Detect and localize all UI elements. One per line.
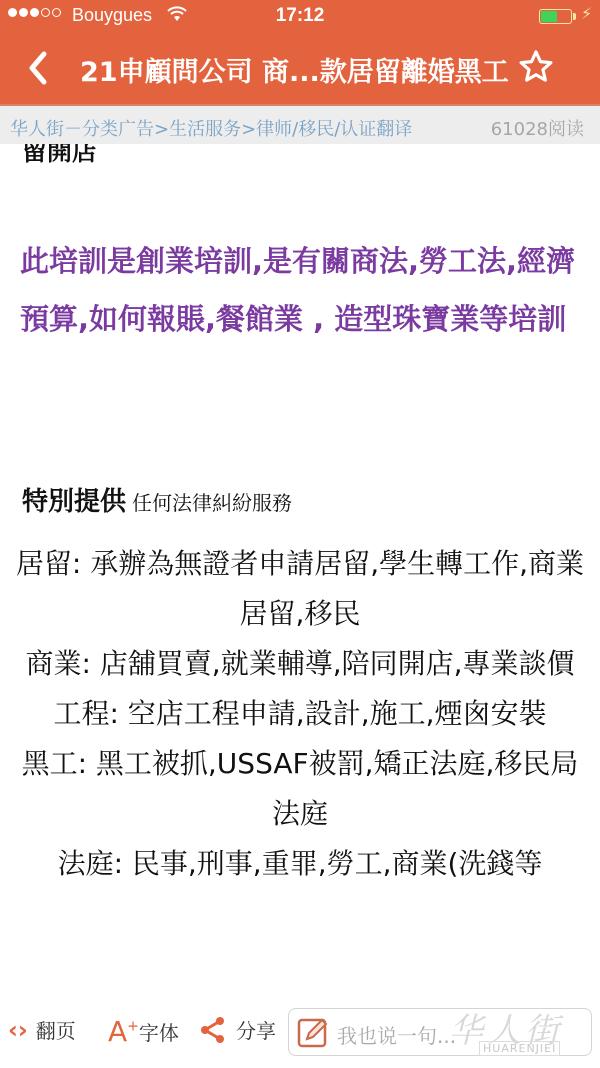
status-bar: Bouygues 17:12 ⚡ (0, 0, 600, 34)
share-label: 分享 (236, 1015, 276, 1044)
battery-tip (573, 13, 576, 20)
service-residence: 居留: 承辦為無證者申請居留,學生轉工作,商業居留,移民 (10, 539, 590, 639)
comment-input[interactable]: 我也说一句... 华人街 HUARENJIEI (288, 1008, 592, 1056)
chevron-left-icon (22, 46, 56, 90)
service-illegal-work: 黑工: 黑工被抓,USSAF被罰,矯正法庭,移民局法庭 (10, 739, 590, 839)
page-title: 21申顧問公司 商...款居留離婚黑工 (80, 50, 509, 89)
font-size-icon: A+ (108, 1015, 139, 1048)
share-button[interactable]: 分享 (200, 1015, 276, 1044)
edit-icon (297, 1016, 329, 1048)
breadcrumb-bar: 华人街－分类广告>生活服务>律师/移民/认证翻译 61028阅读 (0, 104, 600, 144)
page-turn-label: 翻页 (36, 1015, 76, 1044)
star-outline-icon (517, 48, 555, 86)
font-size-button[interactable]: A+ 字体 (108, 1015, 179, 1048)
special-offer-subtitle: 任何法律糾紛服務 (132, 491, 292, 515)
clock: 17:12 (0, 5, 600, 27)
back-button[interactable] (22, 46, 56, 90)
battery-icon (539, 9, 572, 24)
share-icon (200, 1016, 226, 1044)
favorite-button[interactable] (517, 48, 555, 86)
page-turn-button[interactable]: ‹› 翻页 (8, 1015, 76, 1044)
services-list: 居留: 承辦為無證者申請居留,學生轉工作,商業居留,移民 商業: 店舖買賣,就業… (10, 539, 590, 889)
special-offer-title: 特別提供 (22, 487, 126, 517)
read-count: 61028阅读 (491, 115, 584, 141)
charging-icon: ⚡ (581, 4, 592, 23)
font-size-label: 字体 (139, 1017, 179, 1046)
watermark-text: HUARENJIEI (479, 1041, 560, 1056)
bottom-toolbar: ‹› 翻页 A+ 字体 分享 我也说一句... 华人街 HUARENJIEI (0, 1000, 600, 1068)
app-header: Bouygues 17:12 ⚡ 21申顧問公司 商...款居留離婚黑工 (0, 0, 600, 104)
comment-placeholder: 我也说一句... (337, 1020, 456, 1049)
nav-bar: 21申顧問公司 商...款居留離婚黑工 (0, 34, 600, 102)
service-engineering: 工程: 空店工程申請,設計,施工,煙囪安裝 (10, 689, 590, 739)
article-text-cut: 留開店 (22, 144, 97, 168)
service-business: 商業: 店舖買賣,就業輔導,陪同開店,專業談價 (10, 639, 590, 689)
service-court: 法庭: 民事,刑事,重罪,勞工,商業(洗錢等 (10, 839, 590, 889)
breadcrumb[interactable]: 华人街－分类广告>生活服务>律师/移民/认证翻译 (10, 115, 412, 141)
code-arrows-icon: ‹› (8, 1016, 28, 1044)
special-offer-heading: 特別提供任何法律糾紛服務 (22, 481, 292, 518)
training-highlight: 此培訓是創業培訓,是有關商法,勞工法,經濟預算,如何報賬,餐館業 , 造型珠寶業… (20, 232, 580, 348)
article-content: 留開店 此培訓是創業培訓,是有關商法,勞工法,經濟預算,如何報賬,餐館業 , 造… (0, 144, 600, 986)
